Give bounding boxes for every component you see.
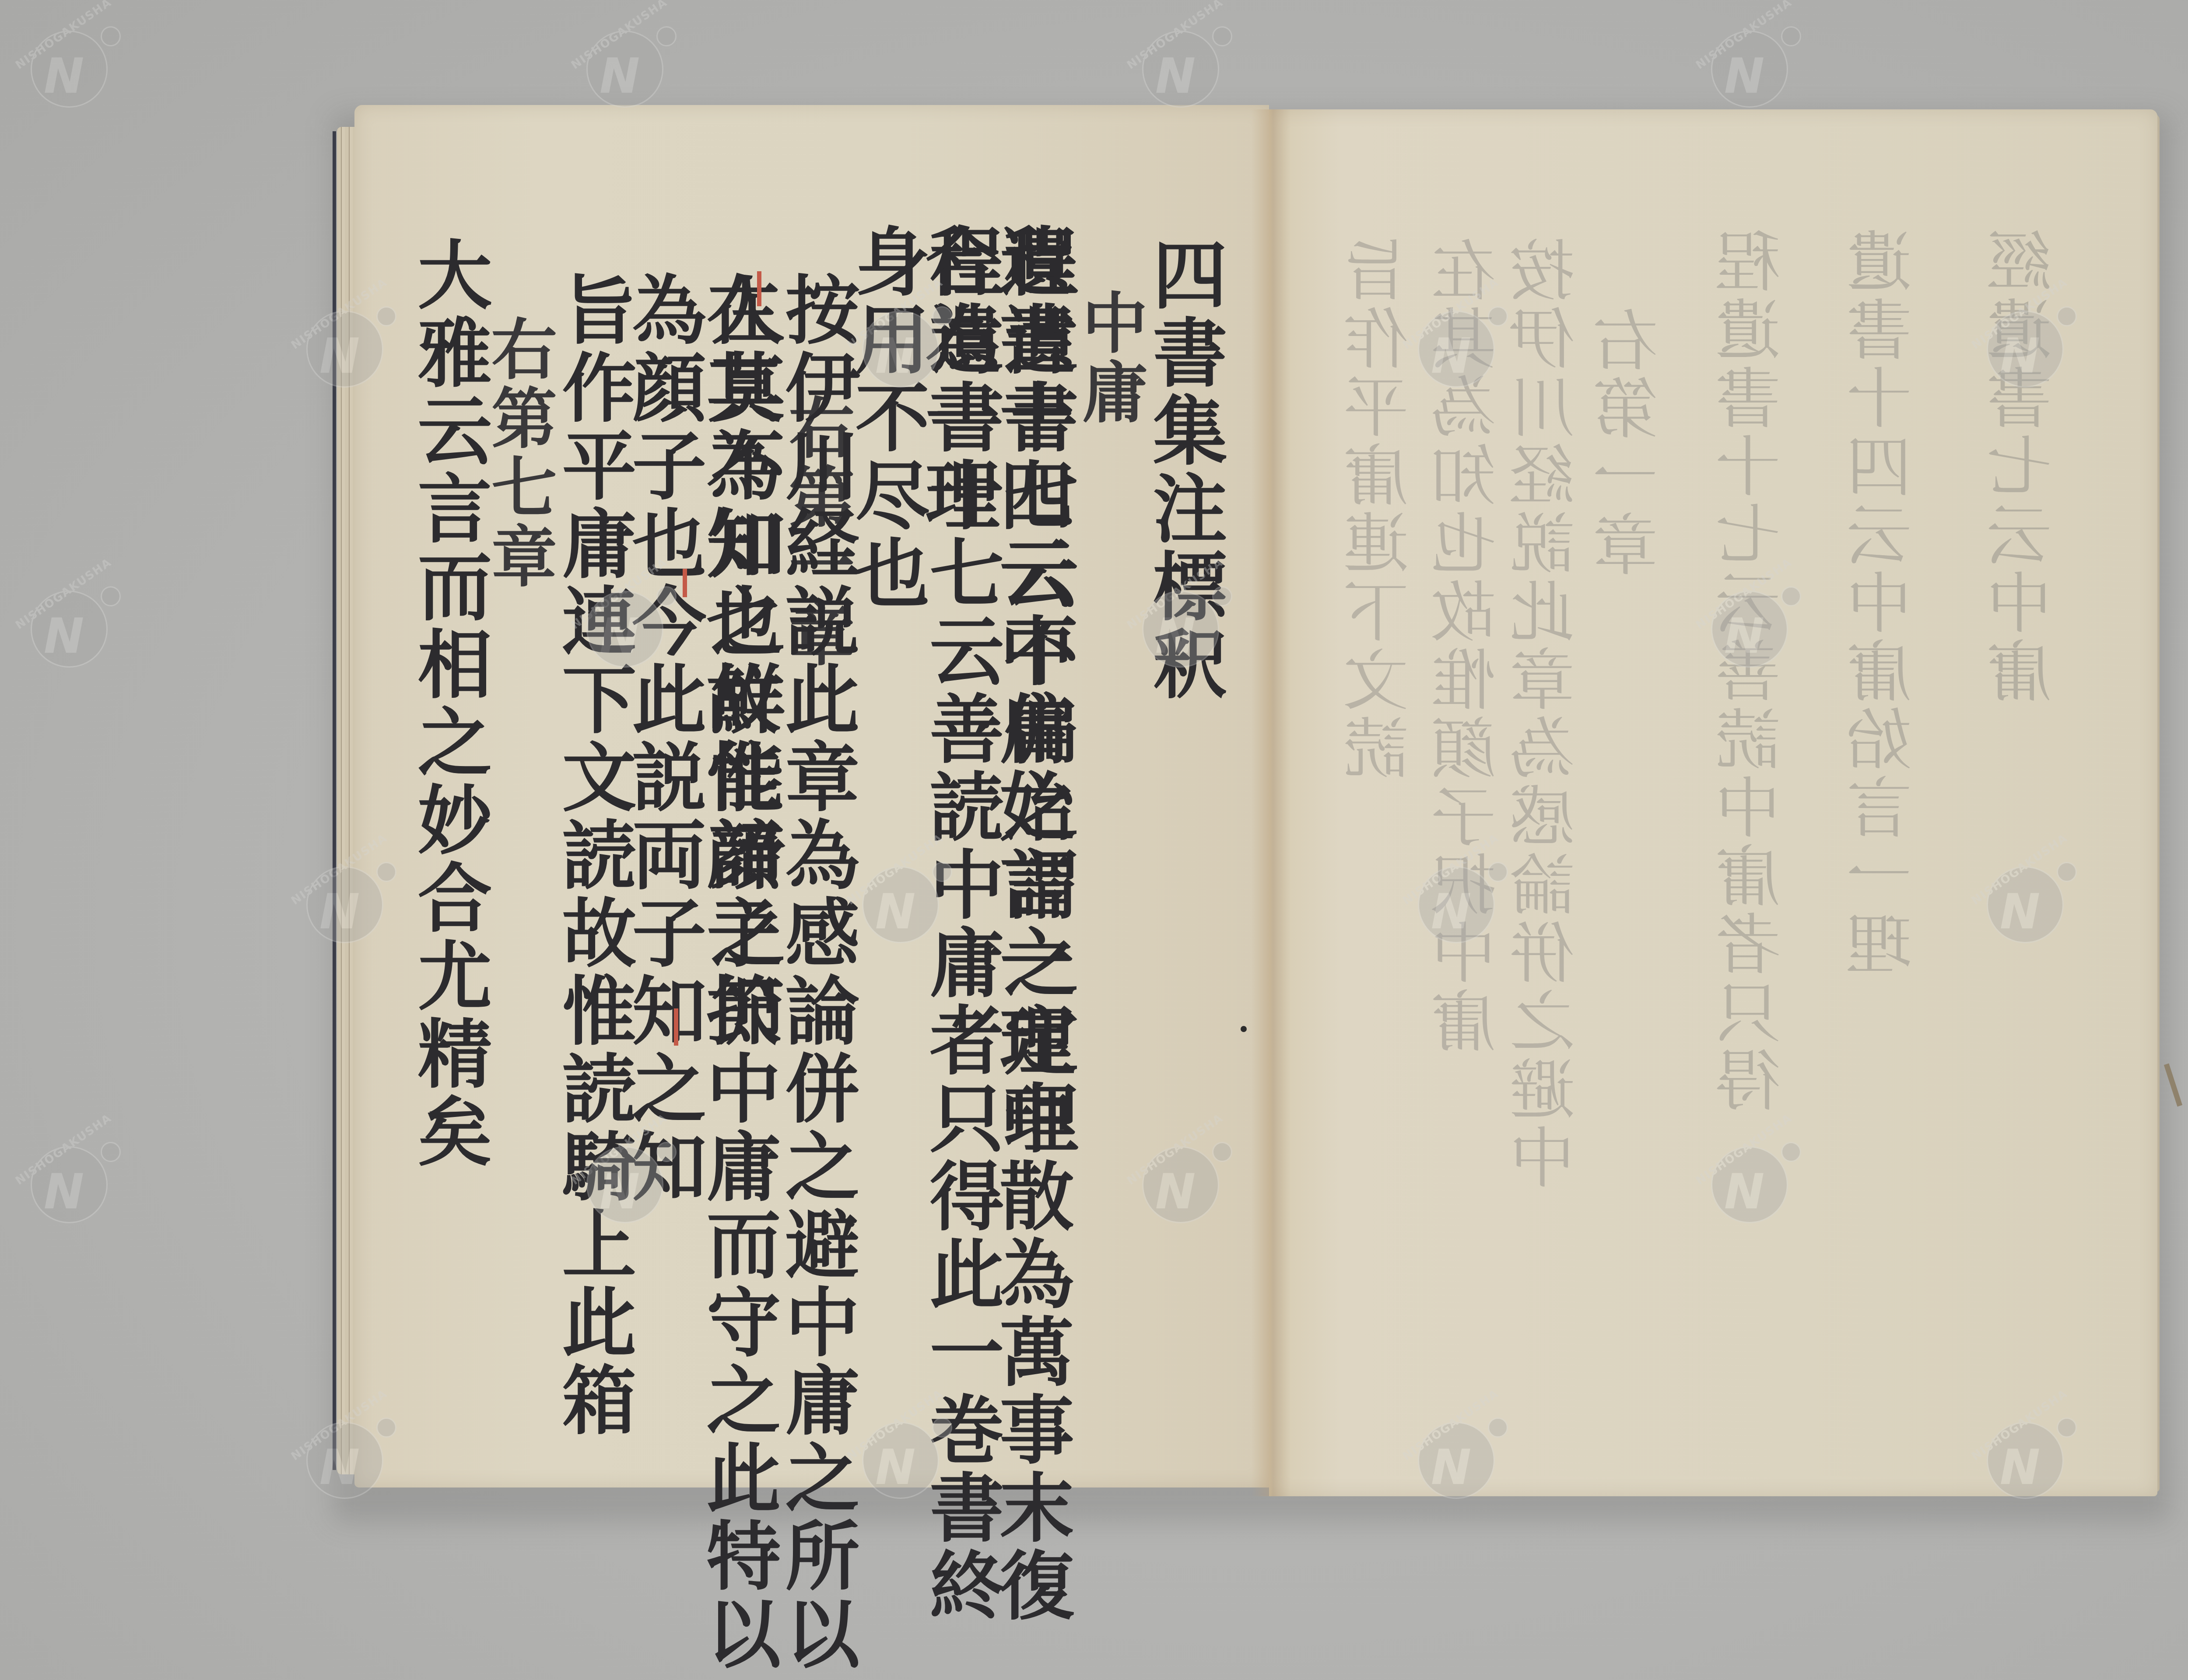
bleed-through-column: 遺書十四云中庸始言一理 (1838, 227, 1932, 978)
text-column-6: 旨作平庸連下文読故惟読騎上此箱 (556, 271, 630, 1439)
watermark-logo: NNISHOGAKUSHA (1694, 1124, 1799, 1229)
watermark-logo: NNISHOGAKUSHA (1125, 9, 1230, 114)
red-annotation-mark (674, 1008, 678, 1046)
watermark-logo: NNISHOGAKUSHA (845, 844, 950, 949)
text-column-7: 大雅云言而相之妙合尤精矣 (411, 236, 486, 1171)
ink-dot (1241, 1026, 1247, 1032)
watermark-logo: NNISHOGAKUSHA (13, 569, 118, 674)
watermark-logo: NNISHOGAKUSHA (569, 9, 674, 114)
chapter-note-column-2: 右第七章 (486, 315, 551, 591)
watermark-logo: NNISHOGAKUSHA (1400, 844, 1505, 949)
watermark-logo: NNISHOGAKUSHA (1969, 1400, 2074, 1505)
watermark-logo: NNISHOGAKUSHA (13, 9, 118, 114)
watermark-logo: NNISHOGAKUSHA (13, 1124, 118, 1229)
watermark-logo: NNISHOGAKUSHA (1125, 569, 1230, 674)
watermark-logo: NNISHOGAKUSHA (845, 1400, 950, 1505)
book-spine-gutter (1252, 109, 1291, 1496)
watermark-logo: NNISHOGAKUSHA (289, 289, 394, 394)
watermark-logo: NNISHOGAKUSHA (1694, 9, 1799, 114)
watermark-logo: NNISHOGAKUSHA (1400, 289, 1505, 394)
watermark-logo: NNISHOGAKUSHA (1969, 844, 2074, 949)
red-annotation-mark (757, 271, 761, 306)
section-heading-column: 中庸 (1076, 289, 1142, 427)
bleed-through-column: 右第一章 (1584, 306, 1679, 579)
watermark-logo: NNISHOGAKUSHA (845, 289, 950, 394)
watermark-logo: NNISHOGAKUSHA (1694, 569, 1799, 674)
watermark-logo: NNISHOGAKUSHA (569, 569, 674, 674)
watermark-logo: NNISHOGAKUSHA (289, 1400, 394, 1505)
red-annotation-mark (683, 569, 687, 597)
watermark-logo: NNISHOGAKUSHA (1400, 1400, 1505, 1505)
text-column-5: 在其為知也故惟顔子択中庸而守之此特以為顔子也今此説両子知之知 (626, 271, 775, 1680)
watermark-logo: NNISHOGAKUSHA (1969, 289, 2074, 394)
watermark-logo: NNISHOGAKUSHA (289, 844, 394, 949)
watermark-logo: NNISHOGAKUSHA (569, 1124, 674, 1229)
watermark-logo: NNISHOGAKUSHA (1125, 1124, 1230, 1229)
